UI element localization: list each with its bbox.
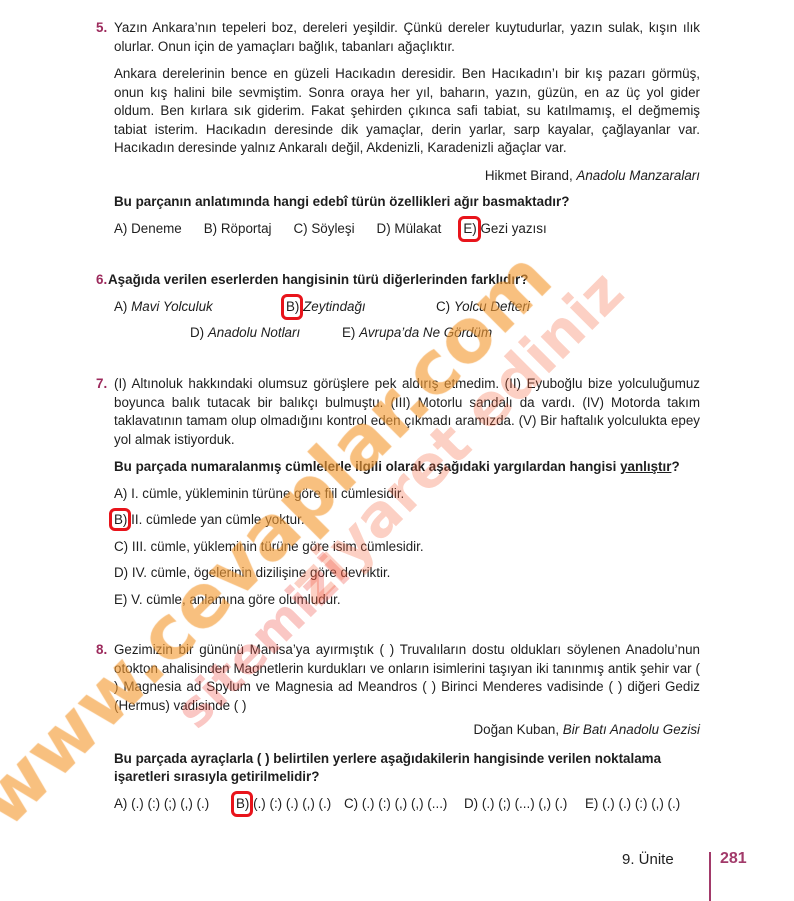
option-d[interactable]: D) Mülakat bbox=[377, 220, 442, 239]
marked-answer-circle: E) bbox=[463, 220, 476, 239]
option-c[interactable]: C) (.) (:) (,) (,) (...) bbox=[344, 795, 464, 814]
option-e[interactable]: E) Avrupa’da Ne Gördüm bbox=[342, 324, 492, 343]
answer-options: A) Deneme B) Röportaj C) Söyleşi D) Müla… bbox=[114, 220, 700, 239]
source-author: Hikmet Birand, bbox=[485, 168, 577, 183]
option-a[interactable]: A) Deneme bbox=[114, 220, 182, 239]
answer-options: A) (.) (:) (;) (,) (.) B) (.) (:) (.) (,… bbox=[114, 795, 700, 814]
answer-options-row-2: D) Anadolu Notları E) Avrupa’da Ne Gördü… bbox=[114, 324, 700, 343]
marked-answer-circle: B) bbox=[114, 512, 127, 527]
option-b[interactable]: B) Zeytindağı bbox=[286, 298, 436, 317]
option-c[interactable]: C) III. cümle, yükleminin türüne göre is… bbox=[114, 538, 700, 557]
option-b[interactable]: B) II. cümlede yan cümle yoktur. bbox=[114, 511, 700, 530]
question-number: 8. bbox=[96, 641, 107, 660]
footer-divider bbox=[709, 852, 711, 901]
question-6: 6. Aşağıda verilen eserlerden hangisinin… bbox=[96, 271, 700, 351]
question-5: 5. Yazın Ankara’nın tepeleri boz, derele… bbox=[96, 19, 700, 246]
textbook-page: 5. Yazın Ankara’nın tepeleri boz, derele… bbox=[0, 0, 794, 901]
option-d[interactable]: D) (.) (;) (...) (,) (.) bbox=[464, 795, 585, 814]
option-a[interactable]: A) (.) (:) (;) (,) (.) bbox=[114, 795, 236, 814]
option-e[interactable]: E) V. cümle, anlamına göre olumludur. bbox=[114, 591, 700, 610]
page-number: 281 bbox=[720, 850, 747, 868]
marked-answer-circle: B) bbox=[236, 795, 249, 814]
question-stem: Bu parçada ayraçlarla ( ) belirtilen yer… bbox=[114, 750, 700, 787]
option-c[interactable]: C) Söyleşi bbox=[294, 220, 355, 239]
source-title: Bir Batı Anadolu Gezisi bbox=[563, 722, 700, 737]
option-d[interactable]: D) Anadolu Notları bbox=[190, 324, 342, 343]
source-citation: Hikmet Birand, Anadolu Manzaraları bbox=[114, 167, 700, 186]
question-number: 6. bbox=[96, 271, 107, 290]
source-title: Anadolu Manzaraları bbox=[576, 168, 700, 183]
question-number: 7. bbox=[96, 375, 107, 394]
passage-paragraph: Gezimizin bir gününü Manisa’ya ayırmıştı… bbox=[114, 641, 700, 715]
question-stem: Bu parçada numaralanmış cümlelerle ilgil… bbox=[114, 458, 700, 477]
question-7: 7. (I) Altınoluk hakkındaki olumsuz görü… bbox=[96, 375, 700, 617]
question-8: 8. Gezimizin bir gününü Manisa’ya ayırmı… bbox=[96, 641, 700, 821]
passage-paragraph: (I) Altınoluk hakkındaki olumsuz görüşle… bbox=[114, 375, 700, 449]
option-b[interactable]: B) (.) (:) (.) (,) (.) bbox=[236, 795, 344, 814]
answer-options-row-1: A) Mavi Yolculuk B) Zeytindağı C) Yolcu … bbox=[114, 298, 700, 317]
option-b[interactable]: B) Röportaj bbox=[204, 220, 272, 239]
source-citation: Doğan Kuban, Bir Batı Anadolu Gezisi bbox=[114, 721, 700, 740]
unit-label: 9. Ünite bbox=[622, 851, 674, 868]
option-e[interactable]: E) Gezi yazısı bbox=[463, 220, 546, 239]
question-stem: Aşağıda verilen eserlerden hangisinin tü… bbox=[108, 271, 700, 290]
option-a[interactable]: A) I. cümle, yükleminin türüne göre fiil… bbox=[114, 485, 700, 504]
option-e[interactable]: E) (.) (.) (:) (,) (.) bbox=[585, 795, 680, 814]
source-author: Doğan Kuban, bbox=[473, 722, 562, 737]
option-a[interactable]: A) Mavi Yolculuk bbox=[114, 298, 286, 317]
question-number: 5. bbox=[96, 19, 107, 38]
option-d[interactable]: D) IV. cümle, ögelerinin dizilişine göre… bbox=[114, 564, 700, 583]
answer-options: A) I. cümle, yükleminin türüne göre fiil… bbox=[114, 485, 700, 610]
passage-paragraph: Ankara derelerinin bence en güzeli Hacık… bbox=[114, 65, 700, 158]
passage-paragraph: Yazın Ankara’nın tepeleri boz, dereleri … bbox=[114, 19, 700, 56]
marked-answer-circle: B) bbox=[286, 298, 299, 317]
question-stem: Bu parçanın anlatımında hangi edebî türü… bbox=[114, 193, 700, 212]
underlined-keyword: yanlıştır bbox=[620, 459, 671, 474]
option-c[interactable]: C) Yolcu Defteri bbox=[436, 298, 530, 317]
